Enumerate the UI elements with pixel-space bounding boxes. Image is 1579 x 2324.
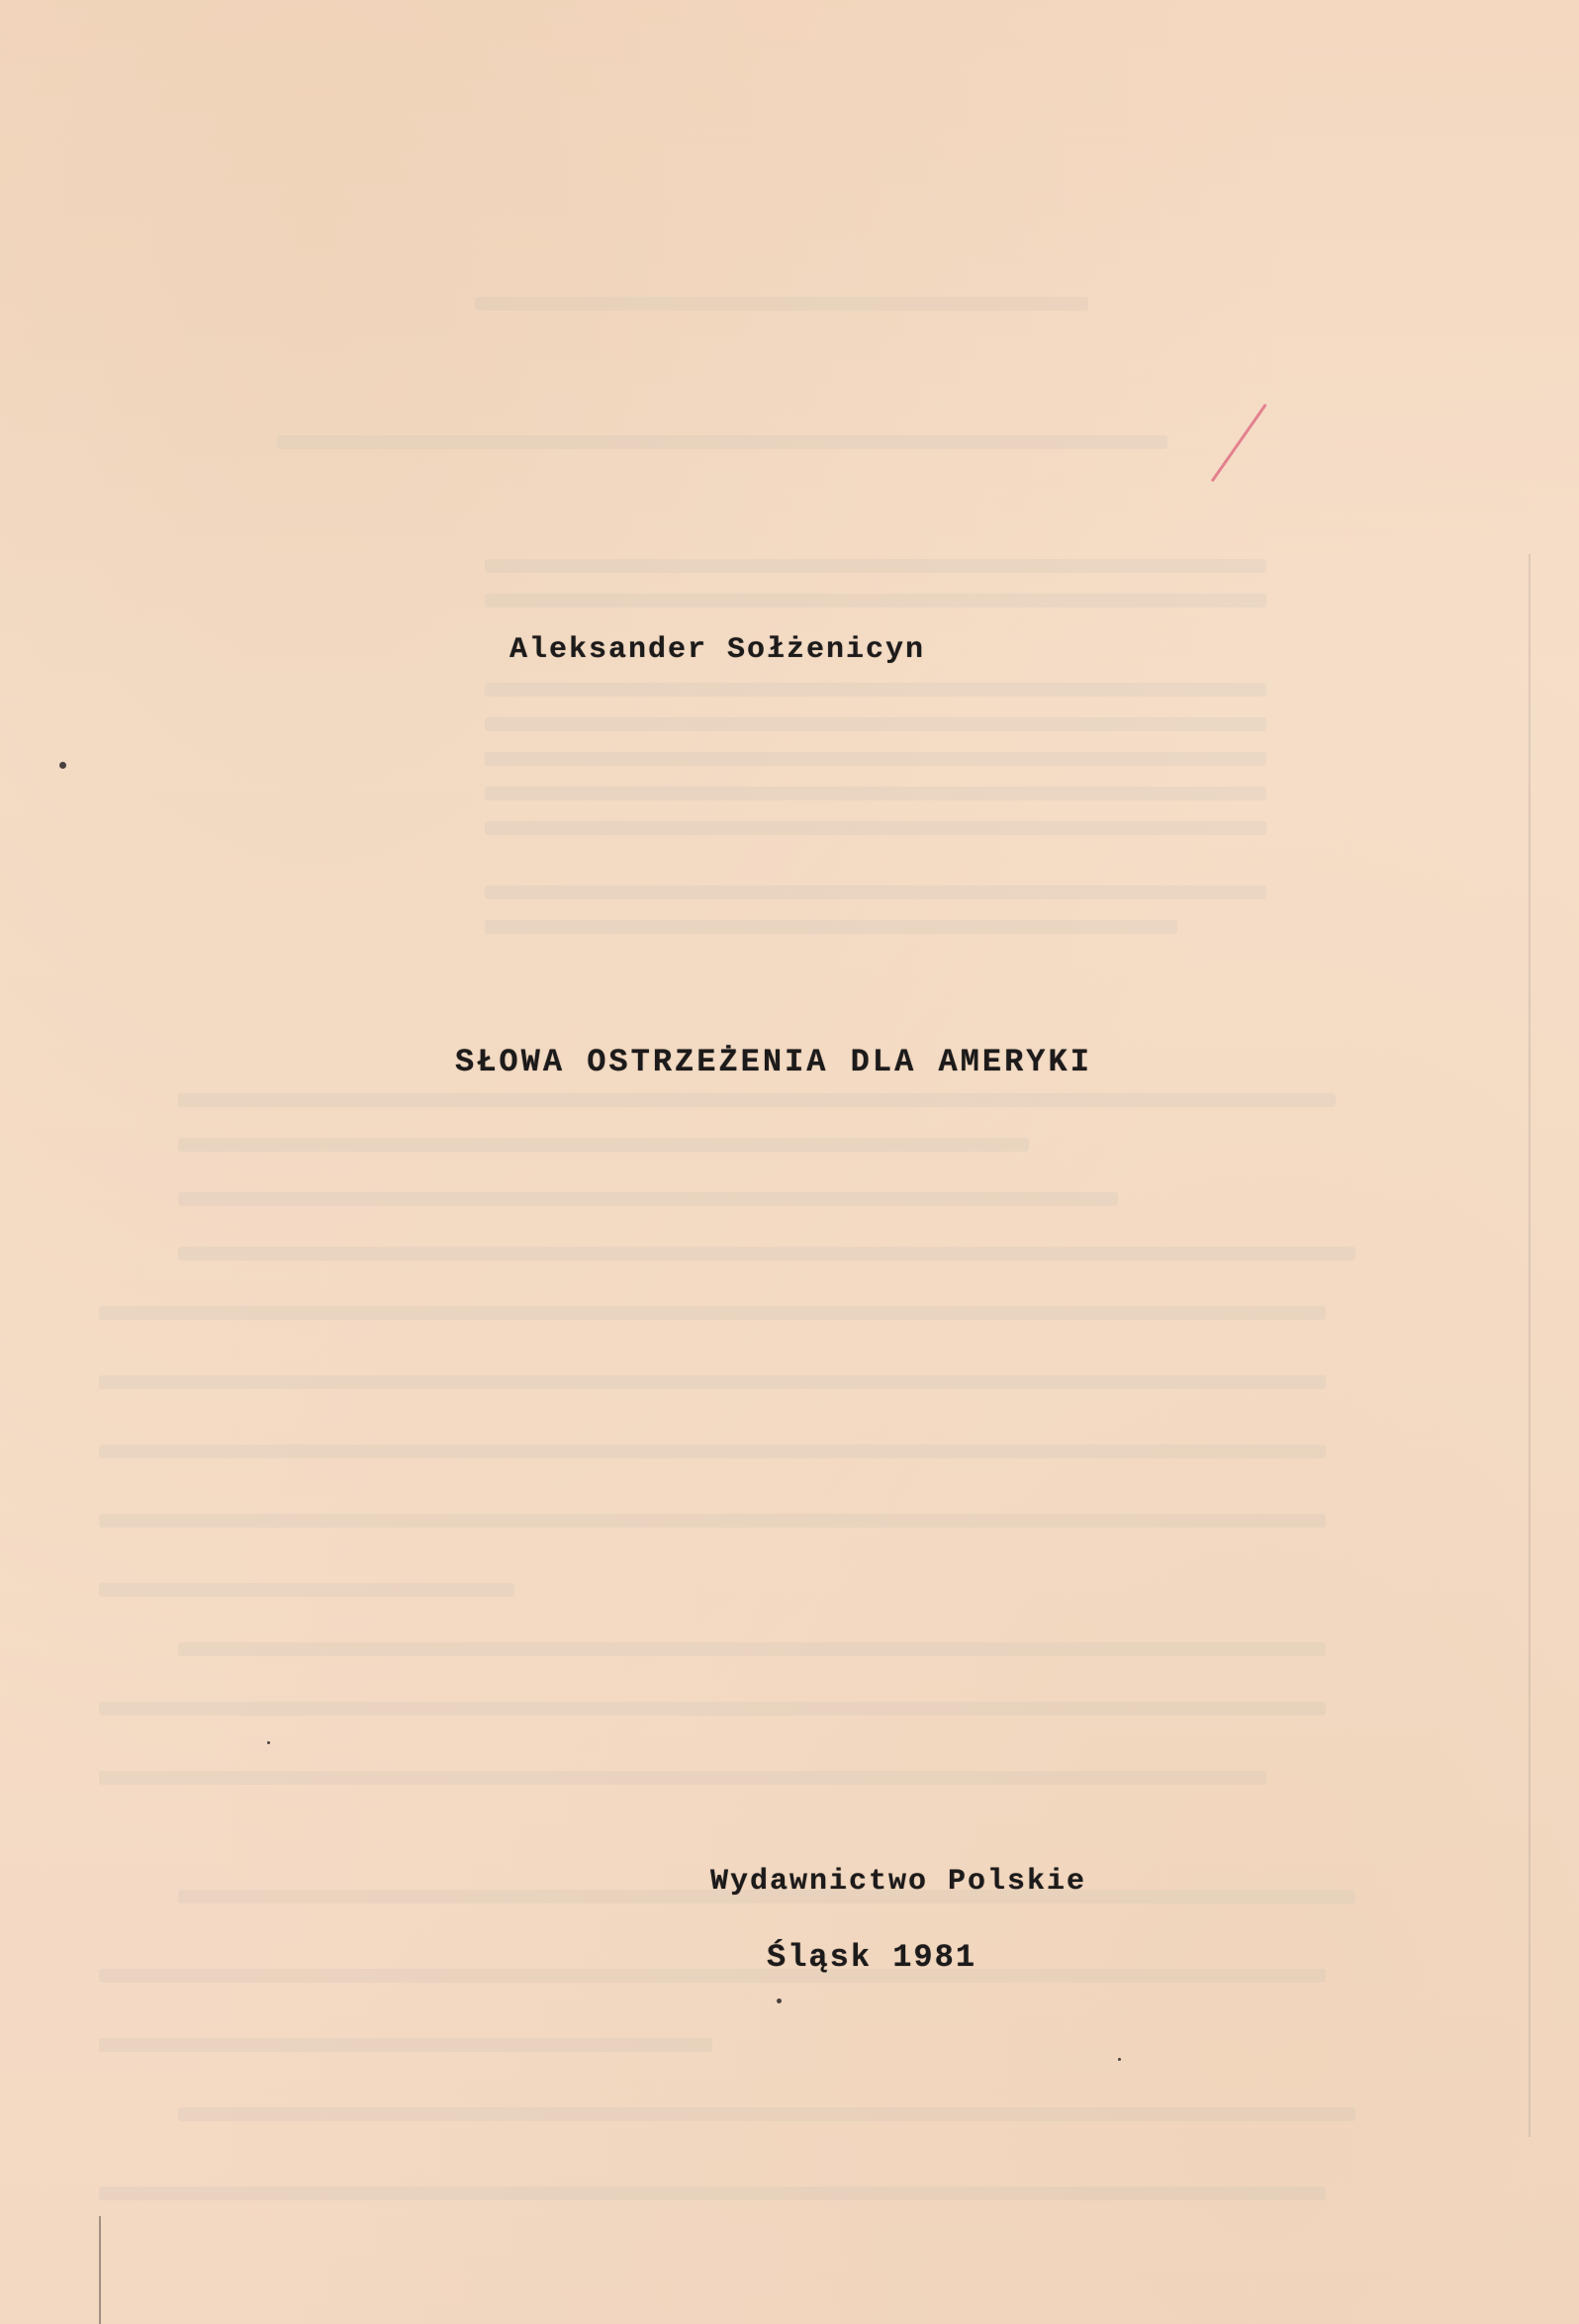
paper-edge-mark	[99, 2216, 101, 2324]
publisher: Wydawnictwo Polskie	[710, 1865, 1086, 1899]
ink-speck	[267, 1741, 270, 1744]
ink-speck	[59, 762, 66, 769]
author-name: Aleksander Sołżenicyn	[510, 633, 925, 667]
document-title: SŁOWA OSTRZEŻENIA DLA AMERYKI	[455, 1044, 1092, 1080]
ink-speck	[1118, 2058, 1121, 2061]
place-and-year: Śląsk 1981	[767, 1939, 976, 1976]
paper-edge-shadow	[1529, 554, 1531, 2137]
ink-speck	[777, 1999, 782, 2003]
